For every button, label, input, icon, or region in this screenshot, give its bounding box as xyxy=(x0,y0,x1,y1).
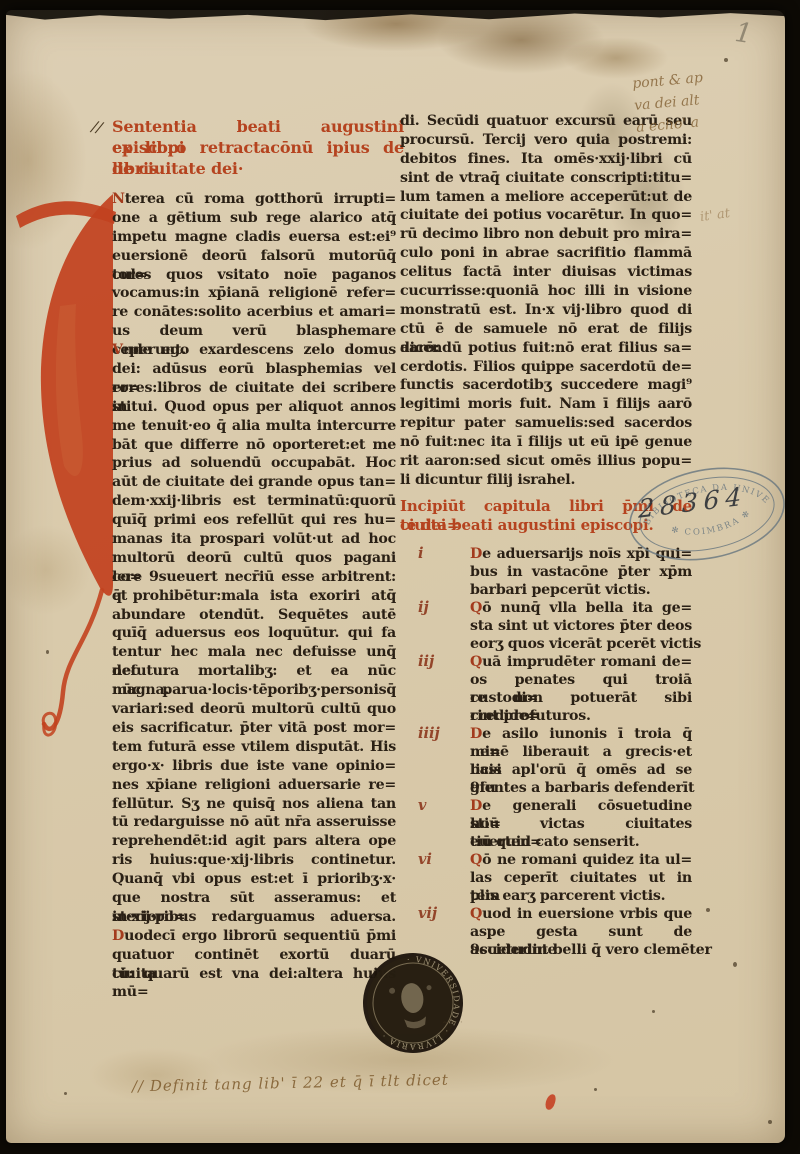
text-line: tentur hec mala nec defuisse unq̄ nec xyxy=(112,643,396,662)
text-line: defutura mortalibʒ: et ea nūc magna. xyxy=(112,662,396,681)
text-line: legitimi moris fuit. Nam ī filijs aarō xyxy=(400,395,692,414)
text-line: ciuitate dei potius vocarētur. In quo= xyxy=(400,206,692,225)
text-line: tores quos vsitato noīe paganos xyxy=(112,266,396,285)
rubric-line: de ciuitate dei· xyxy=(112,158,404,179)
text-line: aūt de ciuitate dei grande opus tan= xyxy=(112,473,396,492)
text-line: que nostra sūt asseramus: et in·xij·po= xyxy=(112,889,396,908)
text-line: ergo·x· libris due iste vane opinio= xyxy=(112,757,396,776)
ink-speck xyxy=(46,650,49,654)
red-touched-initial: N xyxy=(112,191,125,207)
text-line: Quā imprudēter romani de= xyxy=(470,653,692,671)
text-line: lere 9sueuert necr̄iū esse arbitrent: et xyxy=(112,568,396,587)
text-line: re conātes:solito acerbius et amari= xyxy=(112,303,396,322)
text-line: q̄ prohibētur:mala ista exoriri atq̄ xyxy=(112,587,396,606)
chapter-numeral: ij xyxy=(400,599,470,617)
chapter-text: Quod in euersione vrbis queaspe gesta su… xyxy=(470,905,692,959)
chapter-list: iDe aduersarijs noīs xp̄i qui=bus in vas… xyxy=(400,545,692,959)
text-line: rit aaron:sed sicut omēs illius popu= xyxy=(400,452,692,471)
chapter-text: Qō nunq̄ vlla bella ita ge=sta sint ut v… xyxy=(470,599,692,653)
text-line: plis earʒ parcerent victis. xyxy=(470,887,692,905)
text-line: De asilo iunonis ī troia q̄ ne= xyxy=(470,725,692,743)
ink-speck xyxy=(706,908,710,912)
rubric-line: ex libro retractacōnū ipius de libris xyxy=(112,137,404,158)
text-line: sta sint ut victores p̄ter deos xyxy=(470,617,692,635)
text-line: lum tamen a meliore acceperūt:ut de xyxy=(400,188,692,207)
text-line: euersionē deorū falsorū mutorūq̄ cul= xyxy=(112,247,396,266)
right-column-body: di. Secūdi quatuor excursū earū seuprocu… xyxy=(400,112,692,490)
text-line: cucurrisse:quoniā hoc illi in visione xyxy=(400,282,692,301)
chapter-numeral: iiij xyxy=(400,725,470,743)
text-line: monstratū est. In·x vij·libro quod di xyxy=(400,301,692,320)
ink-speck xyxy=(768,1120,772,1124)
text-line: stitui. Quod opus per aliquot annos xyxy=(112,398,396,417)
ink-speck xyxy=(733,962,737,967)
text-line: abundare otendūt. Sequētes autē xyxy=(112,606,396,625)
ink-speck xyxy=(652,1010,655,1013)
rubric-heading: Sententia beati augustini episcopi ex li… xyxy=(112,116,404,179)
text-line: las ceperīt ciuitates ut in tem xyxy=(470,869,692,887)
text-line: functis sacerdotibʒ succedere magi⁹ xyxy=(400,376,692,395)
text-line: debitos fines. Ita omēs·xxij·libri cū xyxy=(400,150,692,169)
text-line: gientes a barbaris defenderīt xyxy=(470,779,692,797)
chapter-numeral: vi xyxy=(400,851,470,869)
text-line: Qō ne romani quidez ita ul= xyxy=(470,851,692,869)
left-text-column: Nterea cū roma gotthorū irrupti=one a gē… xyxy=(112,190,396,983)
chapter-text: De generali cōsuetudine ho=stiū victas c… xyxy=(470,797,692,851)
text-line: eis sacrificatur. p̄ter vitā post mor= xyxy=(112,719,396,738)
text-line: me tenuit·eo q̄ alia multa intercurre xyxy=(112,417,396,436)
text-line: vocamus:in xp̄ianā religionē refer= xyxy=(112,284,396,303)
text-line: ris huius:que·xij·libris continetur. xyxy=(112,851,396,870)
text-line: one a gētium sub rege alarico atq̄ xyxy=(112,209,396,228)
text-line: Nterea cū roma gotthorū irrupti= xyxy=(112,190,396,209)
text-line: rint profuturos. xyxy=(470,707,692,725)
manuscript-page: // Sententia beati augustini episcopi ex… xyxy=(6,10,785,1143)
ink-paragraph-mark: // xyxy=(90,117,104,137)
chapter-numeral: iij xyxy=(400,653,470,671)
text-line: dem·xxij·libris est terminatū:quorū xyxy=(112,492,396,511)
text-line: quīq̄ primi eos refellūt qui res hu= xyxy=(112,511,396,530)
marginalia-top-right: pont & ap va dei alt a echo' a xyxy=(631,59,796,139)
text-line: prius ad soluendū occupabāt. Hoc xyxy=(112,454,396,473)
text-line: Qō nunq̄ vlla bella ita ge= xyxy=(470,599,692,617)
text-line: multorū deorū cultū quos pagani co= xyxy=(112,549,396,568)
chapter-text: Qō ne romani quidez ita ul=las ceperīt c… xyxy=(470,851,692,905)
text-line: sint de vtraq̄ ciuitate conscripti:titu= xyxy=(400,169,692,188)
red-touched-initial: D xyxy=(470,798,482,814)
text-line: Quod in euersione vrbis que xyxy=(470,905,692,923)
text-line: dei: adūsus eorū blasphemias vel er= xyxy=(112,360,396,379)
text-line: nūc parua·locis·tēporibʒ·personisq̄ xyxy=(112,681,396,700)
text-line: dicendū potius fuit:nō erat filius sa= xyxy=(400,339,692,358)
text-line: Quanq̄ vbi opus est:et ī prioribʒ·x· xyxy=(112,870,396,889)
bottom-inscription: // Definit tang lib' ī 22 et q̄ ī tlt di… xyxy=(132,1071,449,1096)
chapter-text: De asilo iunonis ī troia q̄ ne=minē libe… xyxy=(470,725,692,797)
text-line: variari:sed deorū multorū cultū quo xyxy=(112,700,396,719)
red-touched-initial: Q xyxy=(470,600,482,616)
red-touched-initial: D xyxy=(470,726,482,742)
text-line: rores:libros de ciuitate dei scribere in xyxy=(112,379,396,398)
text-line: ctū ē de samuele nō erat de filijs aarō: xyxy=(400,320,692,339)
text-line: tem futurā esse vtilem disputāt. His xyxy=(112,738,396,757)
chapter-entry: iijQuā imprudēter romani de=os penates q… xyxy=(400,653,692,725)
chapter-numeral: vij xyxy=(400,905,470,923)
text-line: tū redarguisse nō aūt nr̄a asseruisse xyxy=(112,813,396,832)
red-touched-initial: V xyxy=(112,342,123,358)
red-touched-initial: Q xyxy=(470,906,482,922)
text-line: repitur pater samuelis:sed sacerdos xyxy=(400,414,692,433)
text-line: culo poni in abrae sacrifitio flammā xyxy=(400,244,692,263)
ink-speck xyxy=(594,1088,597,1091)
text-line: manas ita prospari volūt·ut ad hoc xyxy=(112,530,396,549)
text-line: minē liberauit a grecis·et basi xyxy=(470,743,692,761)
chapter-numeral: v xyxy=(400,797,470,815)
rubricated-initial-flourish xyxy=(14,186,120,766)
text-line: celitus factā inter diuisas victimas xyxy=(400,263,692,282)
text-line: licis apl'orū q̄ omēs ad se 9fu xyxy=(470,761,692,779)
text-line: aspe gesta sunt de 9suetudine xyxy=(470,923,692,941)
text-line: eorʒ quos vicerāt pcerēt victis xyxy=(470,635,692,653)
text-line: quīq̄ aduersus eos loquūtur. qui fa xyxy=(112,624,396,643)
text-line: re non potuerāt sibi credide= xyxy=(470,689,692,707)
red-touched-initial: D xyxy=(112,928,124,944)
text-line: bāt que differre nō oporteret:et me xyxy=(112,436,396,455)
faint-scribble: ~~ · xyxy=(442,1018,512,1024)
text-line: sterioribus redarguamus aduersa. xyxy=(112,908,396,927)
red-touched-initial: Q xyxy=(470,852,482,868)
chapter-entry: viQō ne romani quidez ita ul=las ceperīt… xyxy=(400,851,692,905)
chapter-entry: vDe generali cōsuetudine ho=stiū victas … xyxy=(400,797,692,851)
red-touched-initial: D xyxy=(470,546,482,562)
ink-speck xyxy=(64,1092,67,1095)
chapter-entry: ijQō nunq̄ vlla bella ita ge=sta sint ut… xyxy=(400,599,692,653)
rubric-line: Sententia beati augustini episcopi xyxy=(112,116,404,137)
text-line: barbari pepcerūt victis. xyxy=(470,581,692,599)
red-ink-blot xyxy=(544,1093,557,1111)
text-line: stiū victas ciuitates euerten= xyxy=(470,815,692,833)
folio-number: 1 xyxy=(733,17,754,50)
text-line: Vnde ego exardescens zelo domus xyxy=(112,341,396,360)
text-line: os penates qui troiā custodi= xyxy=(470,671,692,689)
text-line: fellūtur. Sʒ ne quisq̄ nos aliena tan xyxy=(112,795,396,814)
red-touched-initial: Q xyxy=(470,654,482,670)
text-line: impetu magne cladis euersa est:ei⁹ xyxy=(112,228,396,247)
text-line: us deum verū blasphemare ceperunt. xyxy=(112,322,396,341)
ink-speck xyxy=(724,58,728,62)
text-line: tiū quid cato senserit. xyxy=(470,833,692,851)
text-line: De generali cōsuetudine ho= xyxy=(470,797,692,815)
chapter-text: Quā imprudēter romani de=os penates qui … xyxy=(470,653,692,725)
round-library-stamp: · VNIVERSIDADE · LIVRARIA · xyxy=(351,941,475,1065)
text-line: cerdotis. Filios quippe sacerdotū de= xyxy=(400,358,692,377)
text-line: rū decimo libro non debuit pro mira= xyxy=(400,225,692,244)
text-line: Duodecī ergo librorū sequentiū p̄mi xyxy=(112,927,396,946)
text-line: acciderint belli q̄ vero clemēter xyxy=(470,941,692,959)
chapter-numeral: i xyxy=(400,545,470,563)
chapter-entry: iiijDe asilo iunonis ī troia q̄ ne=minē … xyxy=(400,725,692,797)
text-line: reprehendēt:id agit pars altera ope xyxy=(112,832,396,851)
text-line: nō fuit:nec ita ī filijs ut eū ipē genue xyxy=(400,433,692,452)
marginalia-right-edge: it' at xyxy=(699,206,731,225)
text-line: nes xp̄iane religioni aduersarie re= xyxy=(112,776,396,795)
